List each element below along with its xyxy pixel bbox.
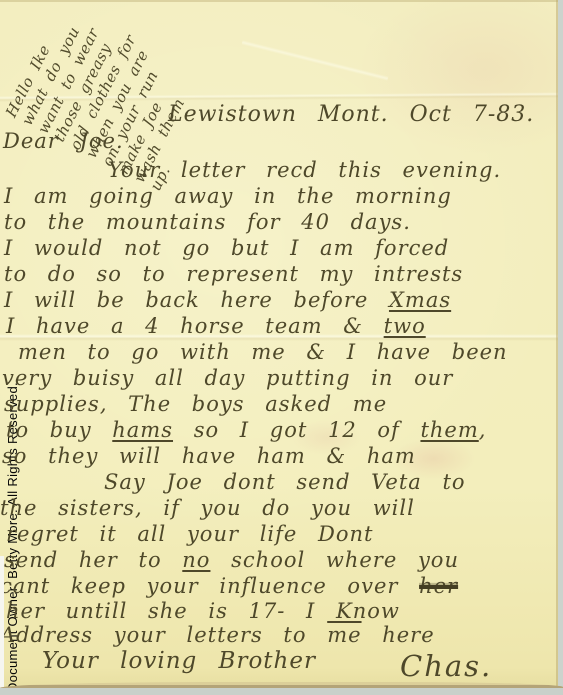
scan-left-edge: [0, 556, 4, 695]
letter-line: men to go with me & I have been: [18, 342, 508, 363]
letter-line: her untill she is 17- I Know: [6, 601, 400, 622]
letter-line: so they will have ham & ham: [2, 446, 416, 467]
scan-right-edge: [556, 0, 563, 695]
salutation: Dear Joe.: [3, 131, 124, 152]
paper-top-edge: [0, 0, 563, 2]
letter-line: to the mountains for 40 days.: [4, 212, 411, 233]
letter-line: I would not go but I am forced: [4, 238, 449, 259]
letter-line: supplies, The boys asked me: [4, 394, 387, 415]
letter-line: Address your letters to me here: [0, 625, 435, 646]
letter-line: I have a 4 horse team & two: [6, 316, 426, 337]
letter-line: Say Joe dont send Veta to: [104, 472, 466, 493]
letter-line: very buisy all day putting in our: [2, 368, 453, 389]
letter-line: regret it all your life Dont: [6, 524, 373, 545]
letter-line: to buy hams so I got 12 of them,: [6, 420, 486, 441]
letter-line: cant keep your influence over her: [0, 576, 458, 597]
letter-line: the sisters, if you do you will: [0, 498, 415, 519]
letter-line: Your letter recd this evening.: [108, 160, 501, 181]
letter-line: I am going away in the morning: [4, 186, 452, 207]
letter-line: send her to no school where you: [4, 550, 459, 571]
scanned-letter: Document Owner: Betty More. All Rights R…: [0, 0, 563, 695]
fold-crease-diagonal: [242, 40, 389, 81]
closing: Your loving Brother: [42, 650, 316, 673]
letter-line: I will be back here before Xmas: [4, 290, 451, 311]
letter-line: to do so to represent my intrests: [4, 264, 463, 285]
signature: Chas.: [400, 652, 492, 681]
paper-bottom-edge: [0, 682, 563, 695]
dateline: Lewistown Mont. Oct 7-83.: [168, 104, 534, 126]
